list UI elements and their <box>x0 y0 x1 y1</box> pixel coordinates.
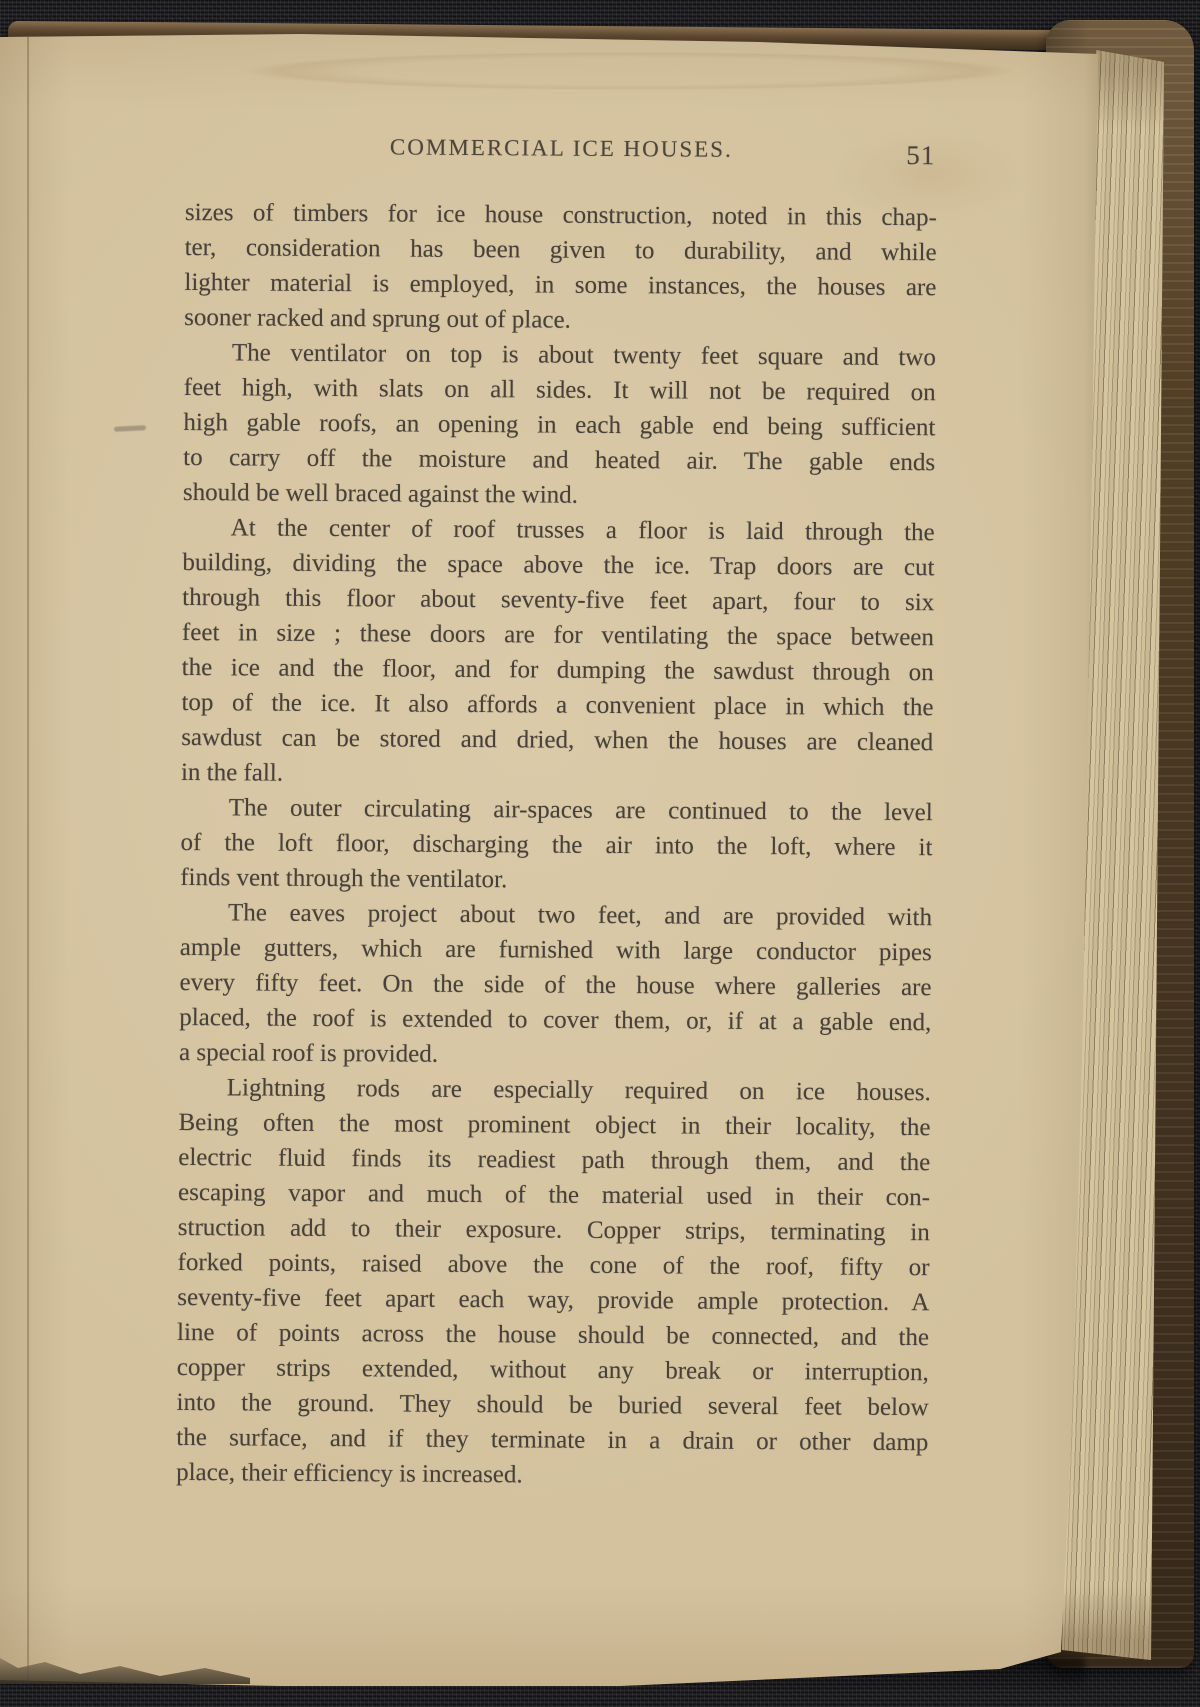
text-line: through this floor about seventy-five fe… <box>182 580 934 620</box>
text-line: ample gutters, which are furnished with … <box>180 930 932 970</box>
text-line: copper strips extended, without any brea… <box>177 1350 929 1390</box>
text-line: sawdust can be stored and dried, when th… <box>181 720 933 760</box>
running-head-title: COMMERCIAL ICE HOUSES. <box>185 133 937 164</box>
text-line: into the ground. They should be buried s… <box>176 1385 928 1425</box>
printed-content: COMMERCIAL ICE HOUSES. 51 sizes of timbe… <box>0 0 1111 1706</box>
text-line: ter, consideration has been given to dur… <box>185 230 937 270</box>
text-line: feet in size ; these doors are for venti… <box>182 615 934 655</box>
text-line: Lightning rods are especially required o… <box>179 1070 931 1110</box>
text-line: the ice and the floor, and for dumping t… <box>182 650 934 690</box>
text-line: feet high, with slats on all sides. It w… <box>184 370 936 410</box>
text-line: escaping vapor and much of the material … <box>178 1175 930 1215</box>
page-header: COMMERCIAL ICE HOUSES. 51 <box>185 133 937 172</box>
page-number: 51 <box>906 140 935 171</box>
text-line: seventy-five feet apart each way, provid… <box>177 1280 929 1320</box>
text-line: place, their efficiency is increased. <box>176 1455 928 1495</box>
text-line: placed, the roof is extended to cover th… <box>179 1000 931 1040</box>
text-line: building, dividing the space above the i… <box>182 545 934 585</box>
text-line: high gable roofs, an opening in each gab… <box>183 405 935 445</box>
text-line: the surface, and if they terminate in a … <box>176 1420 928 1460</box>
text-line: electric fluid finds its readiest path t… <box>178 1140 930 1180</box>
text-line: of the loft floor, discharging the air i… <box>180 825 932 865</box>
text-line: struction add to their exposure. Copper … <box>178 1210 930 1250</box>
text-line: At the center of roof trusses a floor is… <box>183 510 935 550</box>
text-line: Being often the most prominent object in… <box>178 1105 930 1145</box>
text-line: to carry off the moisture and heated air… <box>183 440 935 480</box>
text-line: sizes of timbers for ice house construct… <box>185 195 937 235</box>
text-line: sooner racked and sprung out of place. <box>184 300 936 340</box>
text-line: The outer circulating air-spaces are con… <box>181 790 933 830</box>
book-photograph: COMMERCIAL ICE HOUSES. 51 sizes of timbe… <box>0 0 1200 1707</box>
body-text: sizes of timbers for ice house construct… <box>176 195 937 1495</box>
text-line: in the fall. <box>181 755 933 795</box>
text-line: The ventilator on top is about twenty fe… <box>184 335 936 375</box>
text-line: The eaves project about two feet, and ar… <box>180 895 932 935</box>
text-line: forked points, raised above the cone of … <box>177 1245 929 1285</box>
text-line: top of the ice. It also affords a conven… <box>181 685 933 725</box>
text-line: line of points across the house should b… <box>177 1315 929 1355</box>
text-line: finds vent through the ventilator. <box>180 860 932 900</box>
text-line: every fifty feet. On the side of the hou… <box>179 965 931 1005</box>
book-page: COMMERCIAL ICE HOUSES. 51 sizes of timbe… <box>0 0 1110 1700</box>
text-line: a special roof is provided. <box>179 1035 931 1075</box>
text-line: should be well braced against the wind. <box>183 475 935 515</box>
text-line: lighter material is employed, in some in… <box>184 265 936 305</box>
